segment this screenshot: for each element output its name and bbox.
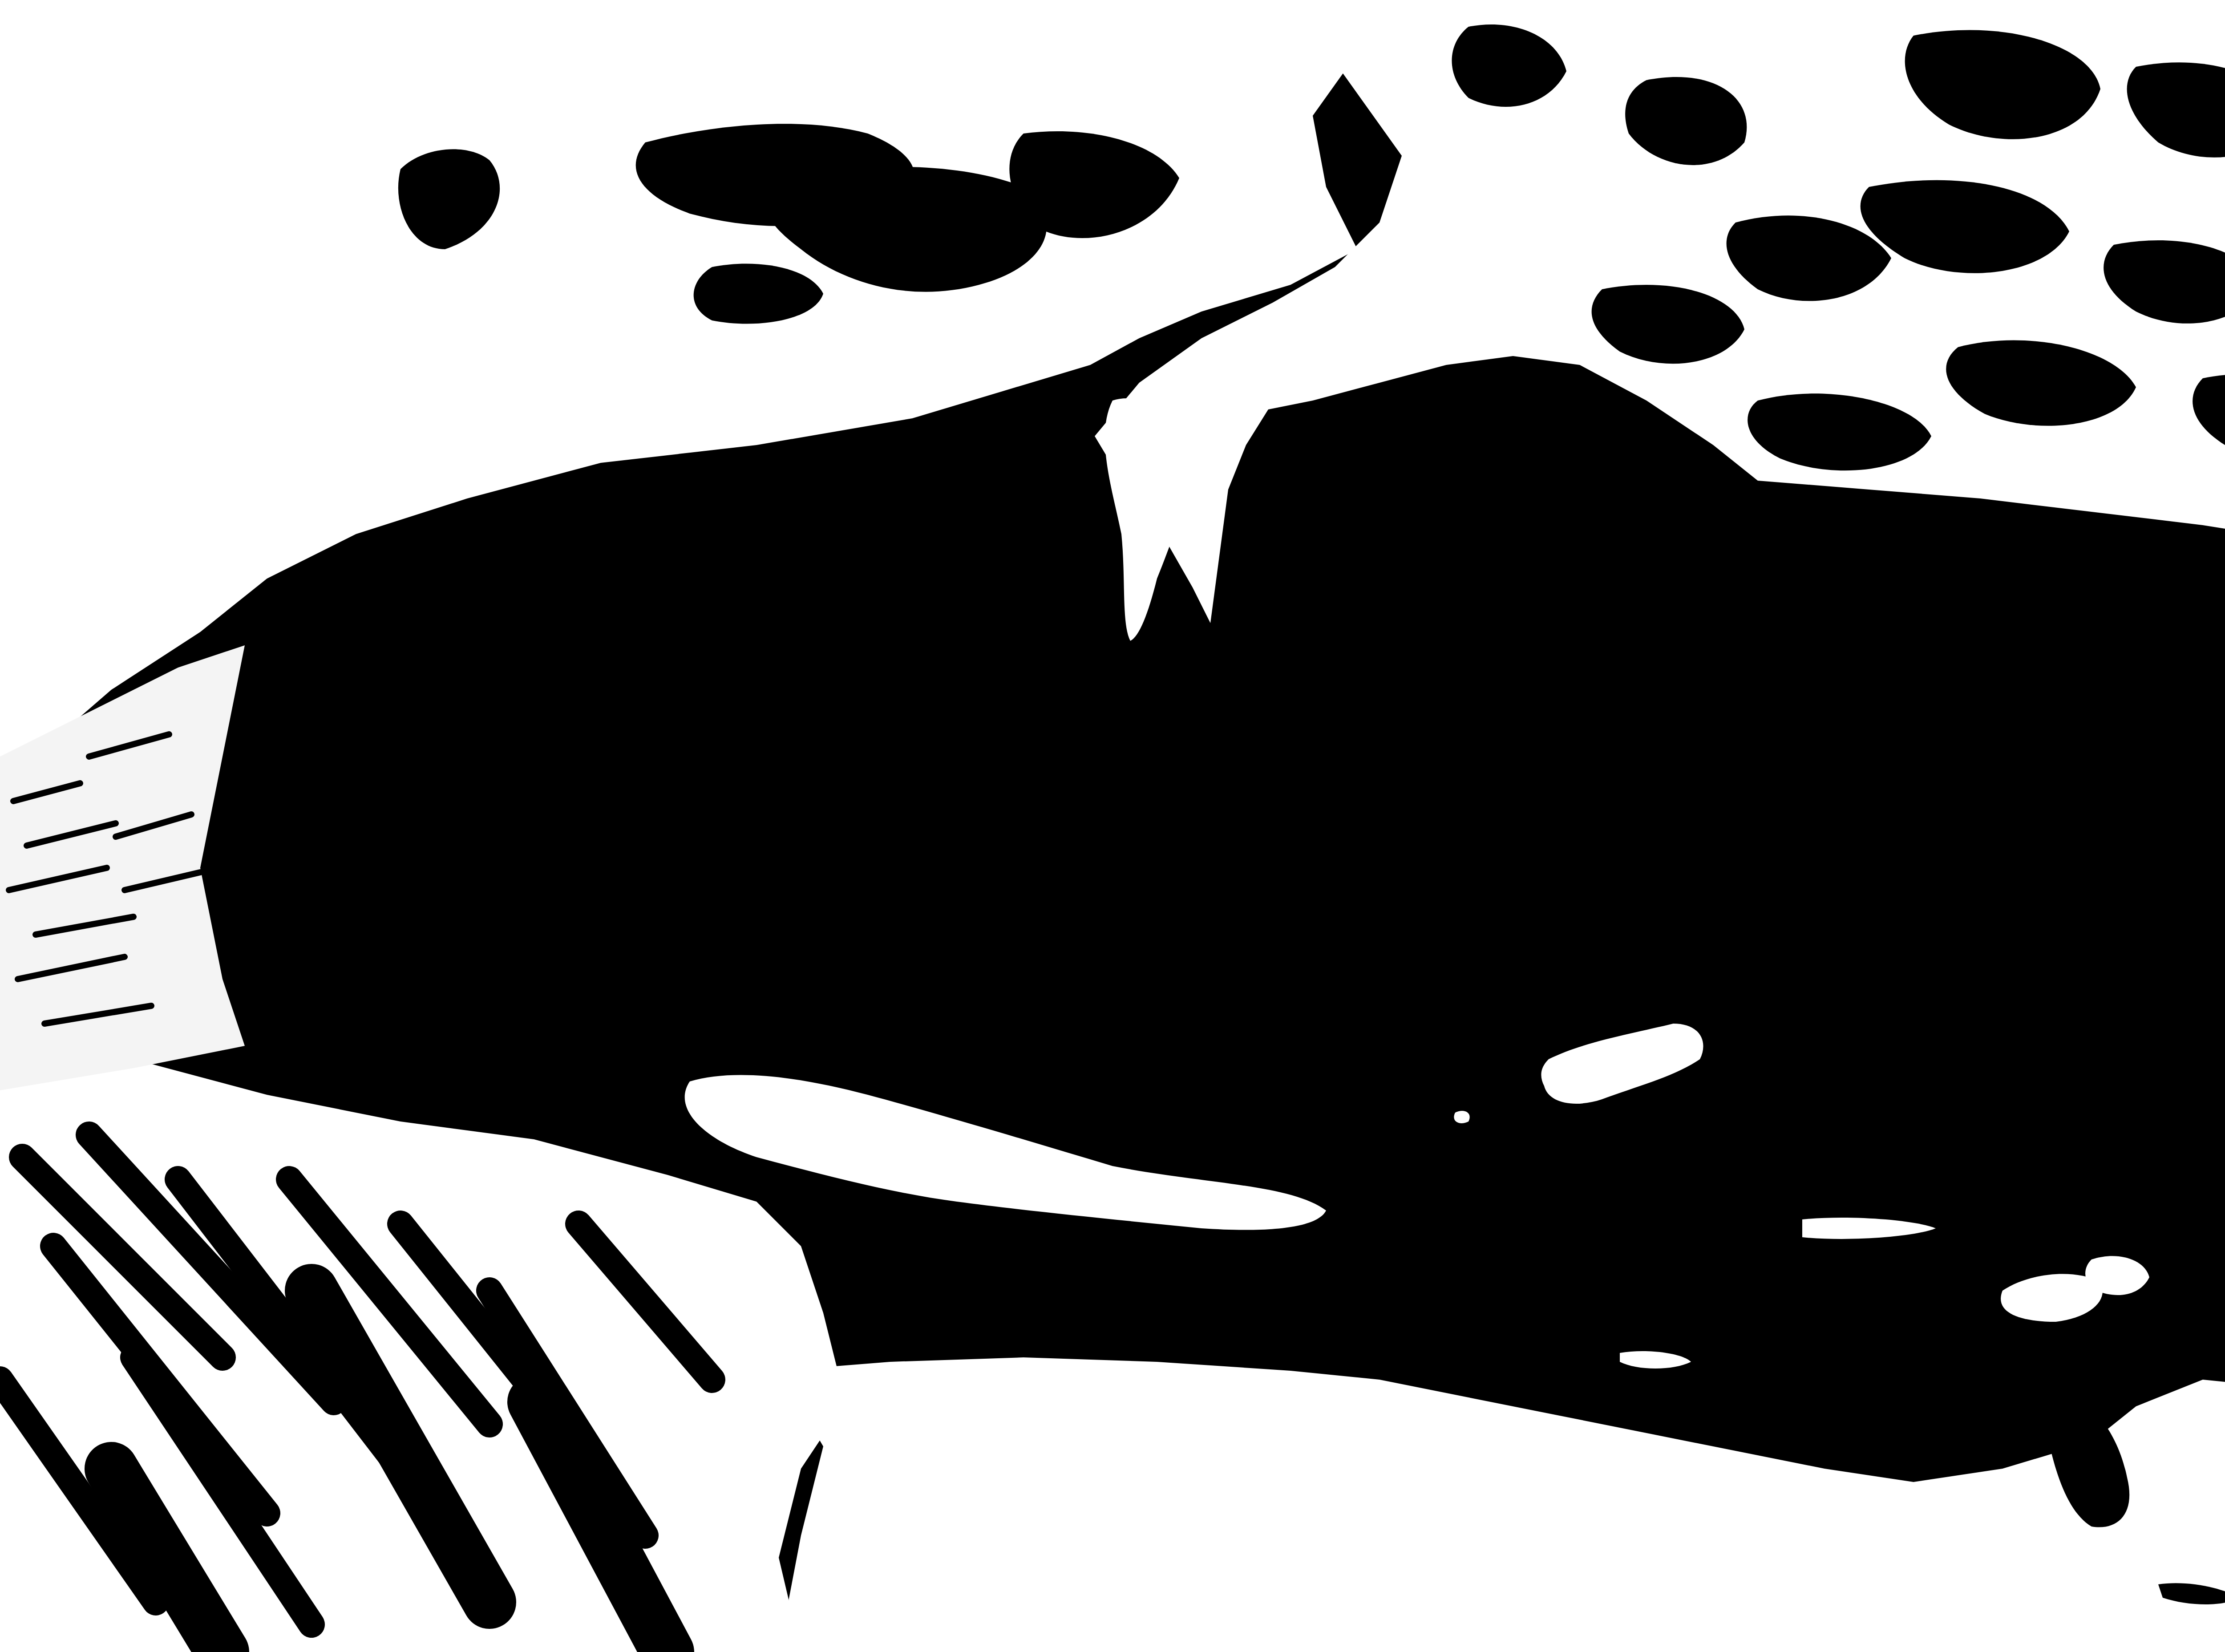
satellite-cloud-image bbox=[0, 0, 2225, 1652]
